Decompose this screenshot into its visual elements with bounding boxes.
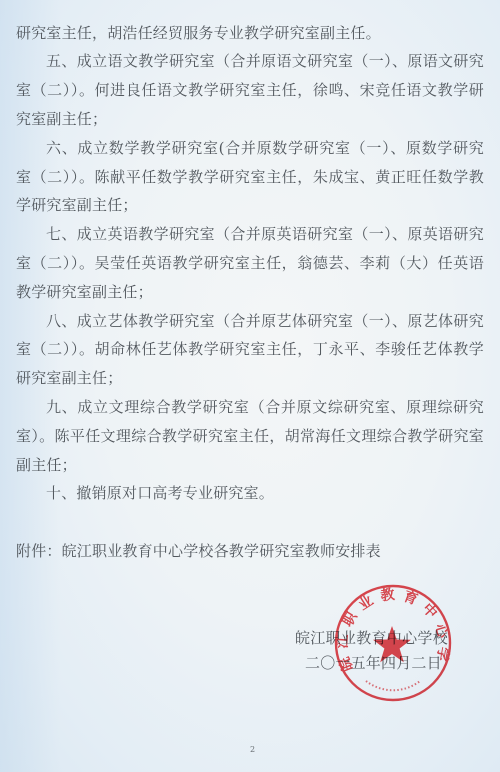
paragraph-item-8-arts-pe-office: 八、成立艺体教学研究室（合并原艺体研究室（一）、原艺体研究 室（二））。胡命林任… bbox=[16, 307, 484, 393]
text-line: 六、成立数学教学研究室(合并原数学研究室（一）、原数学研究 bbox=[16, 134, 484, 163]
document-body: 研究室主任，胡浩任经贸服务专业教学研究室副主任。 五、成立语文教学研究室（合并原… bbox=[16, 19, 484, 566]
attachment-note: 附件：皖江职业教育中心学校各教学研究室教师安排表 bbox=[16, 537, 484, 566]
text-line: 教学研究室副主任； bbox=[16, 278, 484, 307]
text-line: 八、成立艺体教学研究室（合并原艺体研究室（一）、原艺体研究 bbox=[16, 307, 484, 336]
text-line: 研究室副主任； bbox=[16, 364, 484, 393]
text-line: 室（二））。胡命林任艺体教学研究室主任，丁永平、李骏任艺体教学 bbox=[16, 335, 484, 364]
document-page: 研究室主任，胡浩任经贸服务专业教学研究室副主任。 五、成立语文教学研究室（合并原… bbox=[0, 0, 500, 772]
text-line: 室）。陈平任文理综合教学研究室主任，胡常海任文理综合教学研究室 bbox=[16, 422, 484, 451]
paragraph-item-6-math-office: 六、成立数学教学研究室(合并原数学研究室（一）、原数学研究 室（二））。陈献平任… bbox=[16, 134, 484, 220]
text-line: 室（二））。吴莹任英语教学研究室主任，翁德芸、李莉（大）任英语 bbox=[16, 249, 484, 278]
blank-line bbox=[16, 508, 484, 537]
text-line: 室（二））。何进良任语文教学研究室主任，徐鸣、宋竞任语文教学研 bbox=[16, 76, 484, 105]
text-line: 学研究室副主任； bbox=[16, 191, 484, 220]
text-line: 五、成立语文教学研究室（合并原语文研究室（一）、原语文研究 bbox=[16, 47, 484, 76]
text-line: 研究室主任，胡浩任经贸服务专业教学研究室副主任。 bbox=[16, 19, 484, 48]
paragraph-continuation: 研究室主任，胡浩任经贸服务专业教学研究室副主任。 bbox=[16, 19, 484, 48]
text-line: 七、成立英语教学研究室（合并原英语研究室（一）、原英语研究 bbox=[16, 220, 484, 249]
text-line: 室（二））。陈献平任数学教学研究室主任，朱成宝、黄正旺任数学教 bbox=[16, 163, 484, 192]
text-line: 究室副主任； bbox=[16, 105, 484, 134]
text-line: 九、成立文理综合教学研究室（合并原文综研究室、原理综研究 bbox=[16, 393, 484, 422]
text-line: 十、撤销原对口高考专业研究室。 bbox=[16, 479, 484, 508]
paragraph-item-7-english-office: 七、成立英语教学研究室（合并原英语研究室（一）、原英语研究 室（二））。吴莹任英… bbox=[16, 220, 484, 306]
red-star-icon bbox=[373, 626, 411, 662]
paragraph-item-5-chinese-office: 五、成立语文教学研究室（合并原语文研究室（一）、原语文研究 室（二））。何进良任… bbox=[16, 47, 484, 133]
page-number: 2 bbox=[250, 744, 255, 756]
paragraph-item-10-abolish-office: 十、撤销原对口高考专业研究室。 bbox=[16, 479, 484, 508]
official-seal-stamp: 皖江职业教育中心学校 bbox=[334, 584, 452, 702]
paragraph-item-9-comprehensive-office: 九、成立文理综合教学研究室（合并原文综研究室、原理综研究 室）。陈平任文理综合教… bbox=[16, 393, 484, 479]
seal-serial-code bbox=[366, 681, 420, 690]
text-line: 副主任； bbox=[16, 451, 484, 480]
